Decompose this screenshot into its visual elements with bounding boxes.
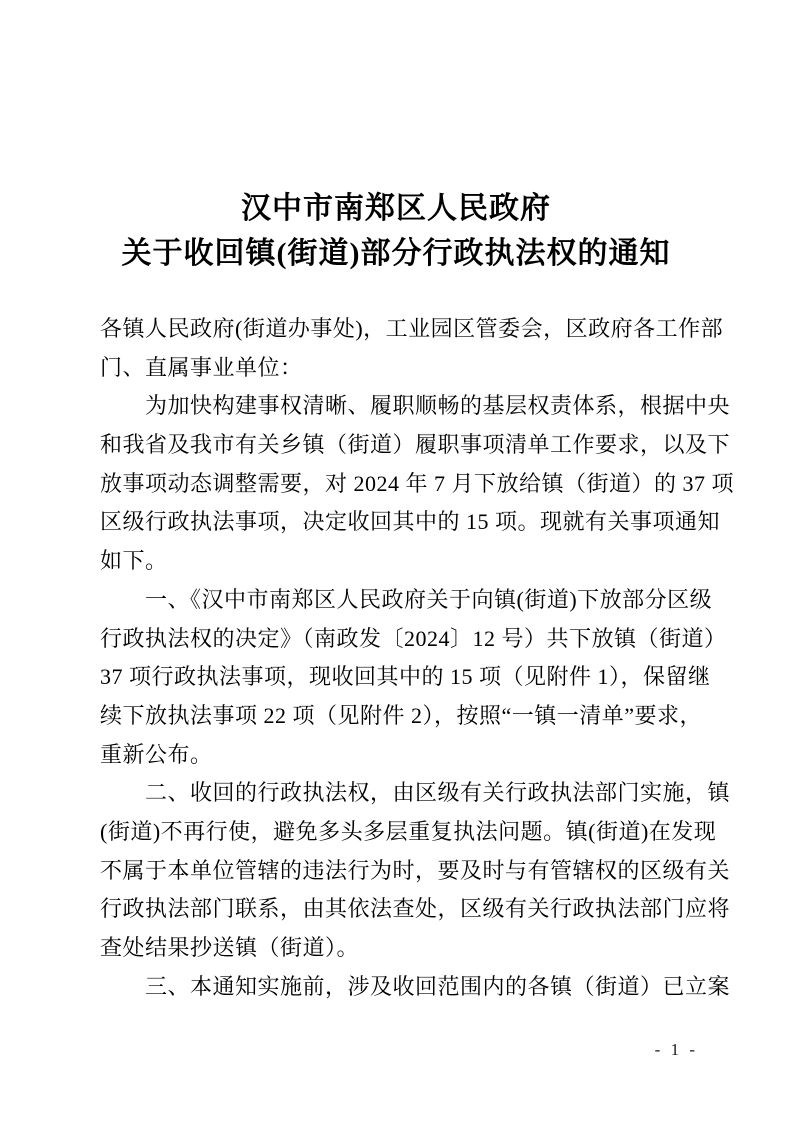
body-line: 和我省及我市有关乡镇（街道）履职事项清单工作要求，以及下 — [100, 426, 704, 465]
body-line: 37 项行政执法事项，现收回其中的 15 项（见附件 1），保留继 — [100, 658, 704, 697]
body-line: 如下。 — [100, 542, 704, 581]
title-line-1: 汉中市南郑区人民政府 — [0, 186, 792, 231]
body-line: 三、本通知实施前，涉及收回范围内的各镇（街道）已立案 — [100, 968, 704, 1007]
body-line: 区级行政执法事项，决定收回其中的 15 项。现就有关事项通知 — [100, 503, 704, 542]
body-line: 门、直属事业单位： — [100, 349, 704, 388]
page-number: - 1 - — [655, 1040, 698, 1060]
body-line: 续下放执法事项 22 项（见附件 2），按照“一镇一清单”要求， — [100, 697, 704, 736]
body-line: 重新公布。 — [100, 736, 704, 775]
title-line-2: 关于收回镇(街道)部分行政执法权的通知 — [0, 231, 792, 276]
document-title: 汉中市南郑区人民政府 关于收回镇(街道)部分行政执法权的通知 — [0, 186, 792, 276]
body-line: (街道)不再行使，避免多头多层重复执法问题。镇(街道)在发现 — [100, 813, 704, 852]
body-line: 二、收回的行政执法权，由区级有关行政执法部门实施，镇 — [100, 774, 704, 813]
body-line: 不属于本单位管辖的违法行为时，要及时与有管辖权的区级有关 — [100, 852, 704, 891]
body-line: 行政执法部门联系，由其依法查处，区级有关行政执法部门应将 — [100, 890, 704, 929]
body-line: 一、《汉中市南郑区人民政府关于向镇(街道)下放部分区级 — [100, 581, 704, 620]
body-line: 行政执法权的决定》（南政发〔2024〕12 号）共下放镇（街道） — [100, 620, 704, 659]
body-line: 为加快构建事权清晰、履职顺畅的基层权责体系，根据中央 — [100, 387, 704, 426]
body-line: 放事项动态调整需要，对 2024 年 7 月下放给镇（街道）的 37 项 — [100, 465, 704, 504]
body-line: 查处结果抄送镇（街道）。 — [100, 929, 704, 968]
document-page: 汉中市南郑区人民政府 关于收回镇(街道)部分行政执法权的通知 各镇人民政府(街道… — [0, 0, 792, 1121]
body-line: 各镇人民政府(街道办事处)，工业园区管委会，区政府各工作部 — [100, 310, 704, 349]
document-body: 各镇人民政府(街道办事处)，工业园区管委会，区政府各工作部门、直属事业单位： 为… — [100, 310, 704, 1006]
